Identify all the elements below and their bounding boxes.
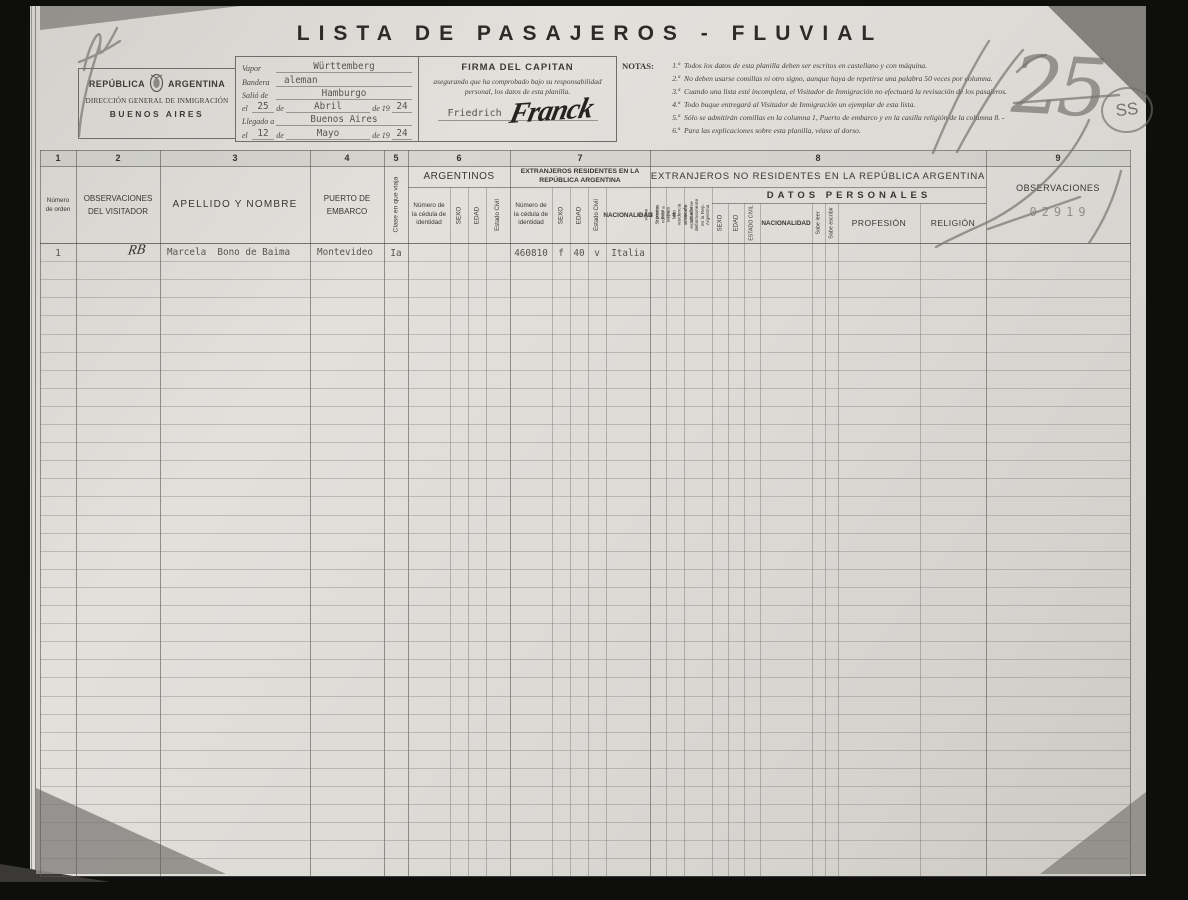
grid-line (450, 187, 451, 876)
note-text: Sólo se admitirán comillas en la columna… (684, 112, 1004, 125)
note-line: 3.ªCuando una lista esté incompleta, el … (658, 86, 1007, 99)
grid-line (486, 187, 487, 876)
grid-line (40, 261, 1130, 262)
grid-line (40, 496, 1130, 497)
page-title: LISTA DE PASAJEROS - FLUVIAL (240, 22, 940, 46)
grid-line (40, 768, 1130, 769)
header-establecerse: Si viene a establecerse definitivamente … (684, 187, 712, 243)
row1-cedula-residente: 460810 (508, 247, 554, 260)
header-sexo-argentinos: SEXO (450, 187, 468, 243)
row1-estado-civil: v (588, 247, 606, 260)
header-extranjeros-no-residentes: EXTRANJEROS NO RESIDENTES EN LA REPÚBLIC… (650, 166, 986, 186)
note-num: 3.ª (658, 86, 684, 99)
grid-line (40, 297, 1130, 298)
note-num: 4.ª (658, 99, 684, 112)
grid-line (40, 406, 1130, 407)
row1-orden: 1 (40, 246, 76, 261)
grid-line (40, 858, 1130, 859)
grid-line (40, 352, 1130, 353)
de-label: de (274, 131, 286, 140)
note-text: Para las explicaciones sobre esta planil… (684, 125, 861, 138)
page-edge-line (31, 6, 32, 874)
grid-line (40, 623, 1130, 624)
note-text: Todo buque entregará al Visitador de Inm… (684, 99, 915, 112)
captain-title: FIRMA DEL CAPITAN (419, 62, 616, 73)
grid-line (712, 203, 986, 204)
agency-department: DIRECCIÓN GENERAL DE INMIGRACIÓN (79, 97, 235, 105)
note-text: No deben usarse comillas ni otro signo, … (684, 73, 993, 86)
grid-line (825, 203, 826, 876)
grid-line (40, 315, 1130, 316)
col-number-7: 7 (510, 150, 650, 166)
header-cedula-residentes: Número de la cédula de identidad (510, 187, 552, 243)
grid-line (40, 822, 1130, 823)
col-number-9: 9 (986, 150, 1130, 166)
llegada-puerto: Buenos Aires (276, 114, 412, 126)
header-religion: RELIGIÓN (920, 203, 986, 243)
note-text: Todos los datos de esta planilla deben s… (684, 60, 927, 73)
grid-line (40, 876, 1131, 877)
notes-block: NOTAS: 1.ªTodos los datos de esta planil… (622, 60, 982, 137)
photo-background: LISTA DE PASAJEROS - FLUVIAL REPÚBLICA A… (0, 0, 1188, 900)
grid-line (40, 714, 1130, 715)
grid-line (588, 187, 589, 876)
note-num: 6.ª (658, 125, 684, 138)
grid-line (40, 786, 1130, 787)
grid-line (40, 659, 1130, 660)
note-num: 1.ª (658, 60, 684, 73)
notes-label: NOTAS: (622, 60, 658, 137)
header-profesion: PROFESIÓN (838, 203, 920, 243)
grid-line (812, 203, 813, 876)
grid-line (40, 515, 1130, 516)
grid-line (838, 203, 839, 876)
grid-line (552, 187, 553, 876)
header-nacionalidad-no-residentes: NACIONALIDAD (760, 203, 812, 243)
header-extranjeros-residentes: EXTRANJEROS RESIDENTES EN LA REPÚBLICA A… (510, 166, 650, 187)
header-observaciones: OBSERVACIONES (986, 178, 1130, 198)
header-argentinos: ARGENTINOS (408, 166, 510, 187)
agency-name-right: ARGENTINA (168, 79, 225, 89)
ship-details: Vapor Württemberg Bandera aleman Salió d… (236, 57, 418, 141)
grid-line (40, 804, 1130, 805)
grid-line (468, 187, 469, 876)
note-line: 4.ªTodo buque entregará al Visitador de … (658, 99, 1007, 112)
header-numero-orden: Número de orden (40, 166, 76, 243)
salida-dia: 25 (252, 101, 274, 113)
grid-line (712, 187, 713, 876)
grid-line (40, 696, 1130, 697)
col-number-2: 2 (76, 150, 160, 166)
row1-sexo: f (552, 247, 570, 260)
header-clase-viaja: Clase en que viaja (384, 166, 408, 243)
row1-clase: Ia (384, 247, 408, 260)
de19-label: de 19 (370, 131, 392, 140)
grid-line (744, 203, 745, 876)
grid-line (408, 187, 986, 188)
agency-city: BUENOS AIRES (79, 109, 235, 119)
salio-puerto: Hamburgo (276, 88, 412, 100)
captain-panel: FIRMA DEL CAPITAN asegurando que ha comp… (418, 57, 616, 141)
stamp-number: 02919 (1000, 202, 1120, 222)
header-cedula-argentinos: Número de la cédula de identidad (408, 187, 450, 243)
header-estado-civil-argentinos: Estado Civil (486, 187, 510, 243)
grid-line (40, 388, 1130, 389)
grid-line (40, 605, 1130, 606)
note-line: 6.ªPara las explicaciones sobre esta pla… (658, 125, 1007, 138)
note-text: Cuando una lista esté incompleta, el Vis… (684, 86, 1007, 99)
grid-line (40, 750, 1130, 751)
header-sabe-escribir: Sabe escribir (825, 203, 838, 243)
pencil-page-number: 25 (1010, 38, 1105, 136)
de-label: de (274, 104, 286, 113)
header-edad-no-residentes: EDAD (728, 203, 744, 243)
header-sexo-no-residentes: SEXO (712, 203, 728, 243)
header-apellido-nombre: APELLIDO Y NOMBRE (160, 166, 310, 243)
row1-puerto: Montevideo (317, 247, 373, 258)
salida-mes: Abril (286, 101, 370, 113)
grid-line (40, 840, 1130, 841)
grid-line (570, 187, 571, 876)
agency-name-left: REPÚBLICA (89, 79, 145, 89)
llegada-mes: Mayo (286, 128, 370, 140)
grid-line (40, 551, 1130, 552)
note-line: 2.ªNo deben usarse comillas ni otro sign… (658, 73, 1007, 86)
grid-line (40, 424, 1130, 425)
vapor-label: Vapor (242, 64, 276, 73)
note-num: 5.ª (658, 112, 684, 125)
header-puerto-embarco: PUERTO DE EMBARCO (310, 166, 384, 243)
grid-line (40, 533, 1130, 534)
grid-line (40, 569, 1130, 570)
bandera-label: Bandera (242, 78, 276, 87)
col-number-4: 4 (310, 150, 384, 166)
grid-line (606, 187, 607, 876)
row1-visitador-mark: RB (127, 242, 147, 259)
page-edge-line (35, 6, 36, 874)
salio-label: Salió de (242, 91, 276, 100)
row1-nacionalidad: Italia (606, 247, 650, 260)
grid-line (760, 203, 761, 876)
grid-line (40, 150, 1131, 151)
coat-of-arms-icon (149, 74, 164, 94)
grid-line (40, 370, 1130, 371)
voyage-band: Vapor Württemberg Bandera aleman Salió d… (235, 56, 617, 142)
grid-line (40, 166, 1131, 167)
grid-line (40, 732, 1130, 733)
llegado-label: Llegado a (242, 117, 276, 126)
header-piensa-volver: Si piensa volver a su país de residencia… (666, 187, 684, 243)
de19-label: de 19 (370, 104, 392, 113)
col-number-3: 3 (160, 150, 310, 166)
grid-line (40, 460, 1130, 461)
note-num: 2.ª (658, 73, 684, 86)
grid-line (40, 677, 1130, 678)
header-sexo-residentes: SEXO (552, 187, 570, 243)
row1-edad: 40 (570, 247, 588, 260)
grid-line (1130, 150, 1131, 876)
grid-line (40, 587, 1130, 588)
vapor-value: Württemberg (276, 61, 412, 73)
llegada-dia: 12 (252, 128, 274, 140)
col-number-8: 8 (650, 150, 986, 166)
grid-line (40, 243, 1131, 244)
header-datos-personales: DATOS PERSONALES (712, 187, 986, 203)
grid-line (40, 478, 1130, 479)
note-line: 5.ªSólo se admitirán comillas en la colu… (658, 112, 1007, 125)
grid-line (40, 279, 1130, 280)
captain-signature: Franck (506, 92, 596, 131)
llegada-anio: 24 (392, 128, 412, 140)
agency-box: REPÚBLICA ARGENTINA DIRECCIÓN GENERAL DE… (78, 68, 236, 139)
salida-anio: 24 (392, 101, 412, 113)
grid-line (666, 187, 667, 876)
captain-typed-name: Friedrich (448, 108, 502, 119)
header-edad-argentinos: EDAD (468, 187, 486, 243)
grid-line (920, 203, 921, 876)
col-number-6: 6 (408, 150, 510, 166)
bandera-value: aleman (276, 75, 412, 87)
grid-line (40, 334, 1130, 335)
header-sabe-leer: Sabe leer (812, 203, 825, 243)
row1-nombre: Marcela Bono de Baima (167, 247, 290, 258)
header-edad-residentes: EDAD (570, 187, 588, 243)
grid-line (728, 203, 729, 876)
header-observaciones-visitador: OBSERVACIONES DEL VISITADOR (76, 166, 160, 243)
col-number-1: 1 (40, 150, 76, 166)
grid-line (684, 187, 685, 876)
grid-line (40, 442, 1130, 443)
el-label: el (242, 104, 252, 113)
grid-line (40, 641, 1130, 642)
el-label: el (242, 131, 252, 140)
col-number-5: 5 (384, 150, 408, 166)
header-estado-civil-no-residentes: ESTADO CIVIL (744, 203, 760, 243)
note-line: 1.ªTodos los datos de esta planilla debe… (658, 60, 1007, 73)
